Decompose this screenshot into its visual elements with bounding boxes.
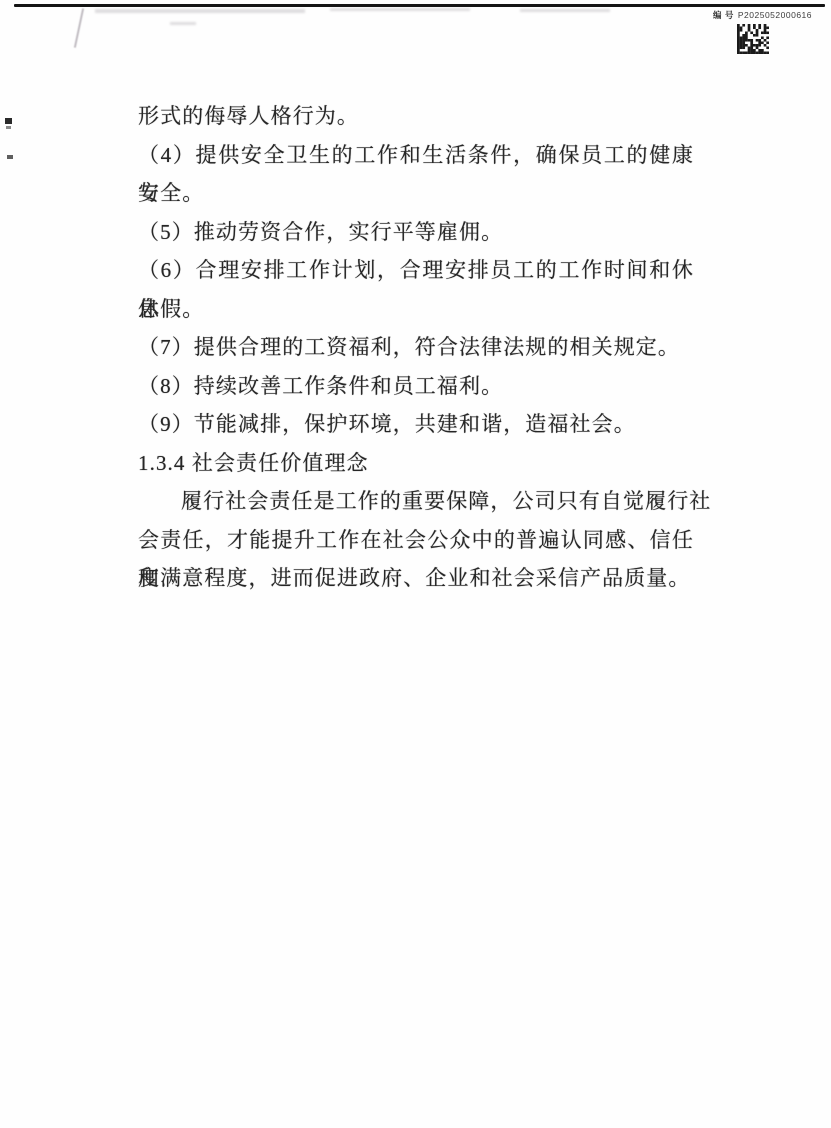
code-value: P2025052000616 — [738, 10, 812, 20]
document-code: 编 号P2025052000616 — [713, 9, 812, 21]
scan-smudge — [170, 22, 196, 25]
scan-smudge — [330, 8, 470, 11]
text-line: 安全。 — [138, 174, 694, 213]
text-line: （5）推动劳资合作，实行平等雇佣。 — [138, 213, 694, 252]
document-body: 形式的侮辱人格行为。 （4）提供安全卫生的工作和生活条件，确保员工的健康与 安全… — [138, 97, 694, 598]
scan-smudge — [520, 9, 610, 12]
text-line: （8）持续改善工作条件和员工福利。 — [138, 367, 694, 406]
text-line: 休假。 — [138, 290, 694, 329]
scanned-document-page: 编 号P2025052000616 形式的侮辱人格行为。 （4）提供安全卫生的工… — [0, 0, 831, 1128]
ink-speck — [5, 118, 12, 124]
text-line: （7）提供合理的工资福利，符合法律法规的相关规定。 — [138, 328, 694, 367]
code-label: 编 号 — [713, 10, 734, 20]
text-line: （4）提供安全卫生的工作和生活条件，确保员工的健康与 — [138, 136, 694, 175]
text-line: （9）节能减排，保护环境，共建和谐，造福社会。 — [138, 405, 694, 444]
scan-edge-line — [14, 4, 825, 7]
text-line: 形式的侮辱人格行为。 — [138, 97, 694, 136]
crease-mark — [74, 8, 84, 47]
text-line: （6）合理安排工作计划，合理安排员工的工作时间和休息 — [138, 251, 694, 290]
ink-speck — [7, 155, 13, 159]
datamatrix-barcode-icon — [737, 24, 769, 54]
text-line: 履行社会责任是工作的重要保障，公司只有自觉履行社 — [138, 482, 694, 521]
text-line: 和满意程度，进而促进政府、企业和社会采信产品质量。 — [138, 559, 694, 598]
section-heading: 1.3.4 社会责任价值理念 — [138, 444, 694, 483]
scan-smudge — [95, 9, 305, 13]
ink-speck — [6, 126, 11, 129]
text-line: 会责任，才能提升工作在社会公众中的普遍认同感、信任度 — [138, 521, 694, 560]
